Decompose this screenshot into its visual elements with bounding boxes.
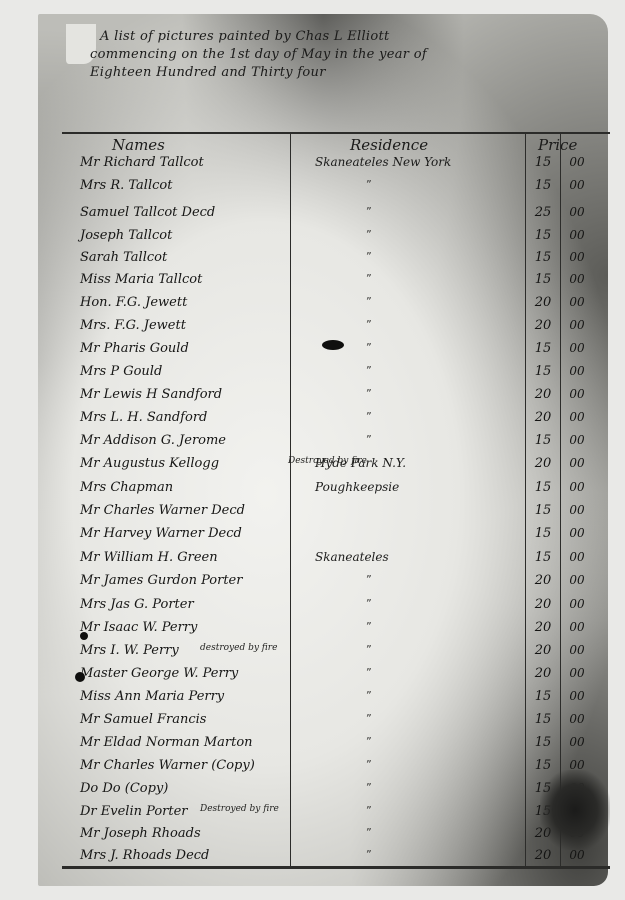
- client-name: Mr Richard Tallcot: [80, 155, 204, 170]
- annotation: Destroyed by fire: [200, 804, 279, 814]
- price-dollars: 15: [528, 712, 558, 727]
- title-line-1: A list of pictures painted by Chas L Ell…: [90, 28, 600, 46]
- price-dollars: 20: [528, 456, 558, 471]
- residence: ”: [366, 781, 372, 794]
- residence: ”: [366, 848, 372, 861]
- price-dollars: 20: [528, 295, 558, 310]
- client-name: Mr Eldad Norman Marton: [80, 735, 253, 750]
- client-name: Miss Ann Maria Perry: [80, 689, 224, 704]
- annotation: Destroyed by fire: [288, 456, 367, 466]
- price-cents: 00: [562, 550, 592, 564]
- residence: ”: [366, 433, 372, 446]
- header-rule: [62, 132, 610, 134]
- price-dollars: 15: [528, 178, 558, 193]
- title-line-3: Eighteen Hundred and Thirty four: [90, 64, 600, 82]
- price-cents: 00: [562, 689, 592, 703]
- client-name: Mr Samuel Francis: [80, 712, 206, 727]
- price-cents: 00: [562, 341, 592, 355]
- price-header: Price: [538, 136, 577, 154]
- client-name: Mr Pharis Gould: [80, 341, 189, 356]
- client-name: Mr Charles Warner Decd: [80, 503, 245, 518]
- price-dollars: 15: [528, 341, 558, 356]
- price-cents: 00: [562, 712, 592, 726]
- price-dollars: 15: [528, 689, 558, 704]
- ledger-row: Do Do (Copy)”1500: [0, 781, 625, 803]
- client-name: Mrs P Gould: [80, 364, 162, 379]
- ledger-row: Mrs I. W. Perry”destroyed by fire2000: [0, 643, 625, 665]
- price-dollars: 15: [528, 250, 558, 265]
- price-cents: 00: [562, 364, 592, 378]
- price-dollars: 15: [528, 503, 558, 518]
- residence: ”: [366, 341, 372, 354]
- client-name: Mrs I. W. Perry: [80, 643, 179, 658]
- price-dollars: 20: [528, 410, 558, 425]
- residence: ”: [366, 689, 372, 702]
- residence: ”: [366, 250, 372, 263]
- ink-stain: [540, 770, 610, 850]
- price-cents: 00: [562, 387, 592, 401]
- residence: Skaneateles: [315, 550, 389, 564]
- ink-dot: [75, 672, 85, 682]
- price-cents: 00: [562, 480, 592, 494]
- client-name: Mr Joseph Rhoads: [80, 826, 201, 841]
- residence: ”: [366, 643, 372, 656]
- client-name: Do Do (Copy): [80, 781, 168, 796]
- residence: ”: [366, 295, 372, 308]
- price-dollars: 15: [528, 228, 558, 243]
- price-dollars: 25: [528, 205, 558, 220]
- ledger-row: Mrs ChapmanPoughkeepsie1500: [0, 480, 625, 502]
- residence: Poughkeepsie: [315, 480, 399, 494]
- price-cents: 00: [562, 666, 592, 680]
- client-name: Mrs Jas G. Porter: [80, 597, 194, 612]
- ledger-row: Mrs J. Rhoads Decd”2000: [0, 848, 625, 870]
- client-name: Mr Lewis H Sandford: [80, 387, 222, 402]
- client-name: Mr Augustus Kellogg: [80, 456, 219, 471]
- price-cents: 00: [562, 620, 592, 634]
- price-dollars: 15: [528, 526, 558, 541]
- client-name: Samuel Tallcot Decd: [80, 205, 215, 220]
- price-cents: 00: [562, 456, 592, 470]
- price-cents: 00: [562, 155, 592, 169]
- ledger-row: Mr Charles Warner Decd1500: [0, 503, 625, 525]
- client-name: Mrs J. Rhoads Decd: [80, 848, 209, 863]
- client-name: Joseph Tallcot: [80, 228, 172, 243]
- price-cents: 00: [562, 250, 592, 264]
- client-name: Miss Maria Tallcot: [80, 272, 202, 287]
- residence: ”: [366, 364, 372, 377]
- residence: ”: [366, 410, 372, 423]
- client-name: Mrs. F.G. Jewett: [80, 318, 186, 333]
- ledger-row: Mrs R. Tallcot”1500: [0, 178, 625, 200]
- client-name: Mrs L. H. Sandford: [80, 410, 207, 425]
- annotation: destroyed by fire: [200, 643, 277, 653]
- ledger-row: Sarah Tallcot”1500: [0, 250, 625, 272]
- ledger-row: Samuel Tallcot Decd”2500: [0, 205, 625, 227]
- client-name: Mrs Chapman: [80, 480, 173, 495]
- residence: ”: [366, 272, 372, 285]
- price-cents: 00: [562, 597, 592, 611]
- ledger-row: Mr Samuel Francis”1500: [0, 712, 625, 734]
- residence: ”: [366, 597, 372, 610]
- ledger-row: Joseph Tallcot”1500: [0, 228, 625, 250]
- client-name: Sarah Tallcot: [80, 250, 167, 265]
- ledger-row: Mrs P Gould”1500: [0, 364, 625, 386]
- residence: ”: [366, 318, 372, 331]
- price-cents: 00: [562, 503, 592, 517]
- residence: ”: [366, 387, 372, 400]
- ledger-row: Mr Isaac W. Perry”2000: [0, 620, 625, 642]
- residence: ”: [366, 758, 372, 771]
- residence: Skaneateles New York: [315, 155, 451, 169]
- residence: ”: [366, 666, 372, 679]
- price-dollars: 20: [528, 666, 558, 681]
- price-cents: 00: [562, 643, 592, 657]
- price-dollars: 15: [528, 272, 558, 287]
- title-line-2: commencing on the 1st day of May in the …: [90, 46, 600, 64]
- price-dollars: 20: [528, 387, 558, 402]
- price-cents: 00: [562, 848, 592, 862]
- residence: ”: [366, 620, 372, 633]
- price-dollars: 20: [528, 597, 558, 612]
- client-name: Master George W. Perry: [80, 666, 238, 681]
- ledger-row: Mr Joseph Rhoads”2000: [0, 826, 625, 848]
- price-cents: 00: [562, 272, 592, 286]
- ledger-row: Master George W. Perry”2000: [0, 666, 625, 688]
- ledger-row: Mr Addison G. Jerome”1500: [0, 433, 625, 455]
- price-cents: 00: [562, 178, 592, 192]
- price-dollars: 15: [528, 735, 558, 750]
- client-name: Mr Isaac W. Perry: [80, 620, 197, 635]
- ledger-row: Mr Pharis Gould”1500: [0, 341, 625, 363]
- ledger-row: Mr Augustus KelloggHyde Park N.Y.Destroy…: [0, 456, 625, 478]
- client-name: Mrs R. Tallcot: [80, 178, 172, 193]
- ledger-row: Mrs L. H. Sandford”2000: [0, 410, 625, 432]
- ink-dot: [80, 632, 88, 640]
- ledger-row: Mr Eldad Norman Marton”1500: [0, 735, 625, 757]
- price-cents: 00: [562, 573, 592, 587]
- price-cents: 00: [562, 410, 592, 424]
- client-name: Dr Evelin Porter: [80, 804, 188, 819]
- ledger-row: Mr Richard TallcotSkaneateles New York15…: [0, 155, 625, 177]
- price-dollars: 15: [528, 364, 558, 379]
- price-cents: 00: [562, 433, 592, 447]
- price-cents: 00: [562, 205, 592, 219]
- residence: ”: [366, 178, 372, 191]
- price-dollars: 20: [528, 573, 558, 588]
- price-dollars: 20: [528, 318, 558, 333]
- price-dollars: 15: [528, 155, 558, 170]
- price-dollars: 15: [528, 550, 558, 565]
- client-name: Hon. F.G. Jewett: [80, 295, 187, 310]
- ledger-row: Mr Harvey Warner Decd1500: [0, 526, 625, 548]
- residence: ”: [366, 804, 372, 817]
- ink-blot: [322, 340, 344, 350]
- residence: ”: [366, 826, 372, 839]
- ledger-row: Miss Maria Tallcot”1500: [0, 272, 625, 294]
- price-cents: 00: [562, 228, 592, 242]
- residence: ”: [366, 735, 372, 748]
- client-name: Mr William H. Green: [80, 550, 218, 565]
- ledger-row: Mr William H. GreenSkaneateles1500: [0, 550, 625, 572]
- client-name: Mr Addison G. Jerome: [80, 433, 226, 448]
- ledger-row: Hon. F.G. Jewett”2000: [0, 295, 625, 317]
- residence: ”: [366, 573, 372, 586]
- price-dollars: 20: [528, 620, 558, 635]
- price-dollars: 20: [528, 848, 558, 863]
- ledger-row: Mr Charles Warner (Copy)”1500: [0, 758, 625, 780]
- price-dollars: 20: [528, 643, 558, 658]
- price-dollars: 15: [528, 433, 558, 448]
- client-name: Mr James Gurdon Porter: [80, 573, 242, 588]
- client-name: Mr Charles Warner (Copy): [80, 758, 255, 773]
- ledger-row: Miss Ann Maria Perry”1500: [0, 689, 625, 711]
- ledger-row: Dr Evelin Porter”Destroyed by fire1500: [0, 804, 625, 826]
- price-cents: 00: [562, 735, 592, 749]
- price-cents: 00: [562, 295, 592, 309]
- price-cents: 00: [562, 318, 592, 332]
- names-header: Names: [112, 136, 165, 154]
- ledger-title: A list of pictures painted by Chas L Ell…: [90, 28, 600, 82]
- residence-header: Residence: [350, 136, 428, 154]
- ledger-row: Mr Lewis H Sandford”2000: [0, 387, 625, 409]
- ledger-row: Mr James Gurdon Porter”2000: [0, 573, 625, 595]
- residence: ”: [366, 228, 372, 241]
- residence: ”: [366, 712, 372, 725]
- ledger-row: Mrs. F.G. Jewett”2000: [0, 318, 625, 340]
- price-dollars: 15: [528, 480, 558, 495]
- residence: ”: [366, 205, 372, 218]
- price-cents: 00: [562, 526, 592, 540]
- client-name: Mr Harvey Warner Decd: [80, 526, 242, 541]
- ledger-row: Mrs Jas G. Porter”2000: [0, 597, 625, 619]
